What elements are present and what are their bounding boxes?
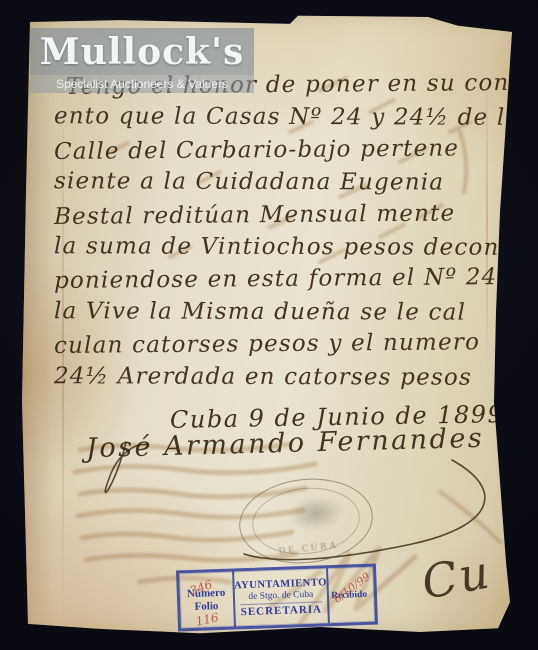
photo-background: Tengo el honor de poner en su conocimi e… xyxy=(0,0,538,650)
stamp-org-column: AYUNTAMIENTO de Stgo. de Cuba SECRETARIA xyxy=(232,568,331,626)
watermark-title-band: Mullock's xyxy=(30,28,254,75)
document-paper: Tengo el honor de poner en su conocimi e… xyxy=(20,12,520,637)
manuscript-line: Bestal reditúan Mensual mente xyxy=(54,197,506,233)
watermark-subtitle-band: Specialist Auctioneers & Valuers xyxy=(30,75,254,93)
oval-stamp-text: DE CUBA xyxy=(243,536,375,560)
watermark-subtitle: Specialist Auctioneers & Valuers xyxy=(56,77,228,91)
manuscript-line: culan catorses pesos y el numero xyxy=(54,326,506,362)
municipal-stamp: Número Folio 346 116 AYUNTAMIENTO de Stg… xyxy=(176,564,378,632)
folio-handwritten-value: 116 xyxy=(195,610,220,628)
stamp-number-column: Número Folio 346 116 xyxy=(179,572,233,629)
manuscript-line: ento que la Casas Nº 24 y 24½ de la xyxy=(54,101,506,135)
manuscript-line: la Vive la Misma dueña se le cal xyxy=(54,295,506,329)
manuscript-line: la suma de Vintiochos pesos decon xyxy=(54,230,506,264)
secretaria-text: SECRETARIA xyxy=(240,601,322,618)
manuscript-body: Tengo el honor de poner en su conocimi e… xyxy=(54,69,506,393)
manuscript-line: 24½ Arerdada en catorses pesos xyxy=(54,360,506,394)
auction-watermark: Mullock's Specialist Auctioneers & Value… xyxy=(30,28,254,93)
manuscript-line: Calle del Carbario-bajo pertene xyxy=(54,132,506,168)
manuscript-line: siente a la Cuidadana Eugenia xyxy=(54,165,506,199)
stgo-de-cuba-text: de Stgo. de Cuba xyxy=(248,590,313,603)
manuscript-line: poniendose en esta forma el Nº 24 qe xyxy=(54,261,506,297)
watermark-title: Mullock's xyxy=(40,31,245,73)
signature: José Armando Fernandes xyxy=(86,423,485,464)
corner-handwritten-mark: Cu xyxy=(418,544,495,609)
stamp-received-column: Recibido 6/10/99 xyxy=(328,567,375,624)
oval-stamp: DE CUBA xyxy=(235,472,377,570)
